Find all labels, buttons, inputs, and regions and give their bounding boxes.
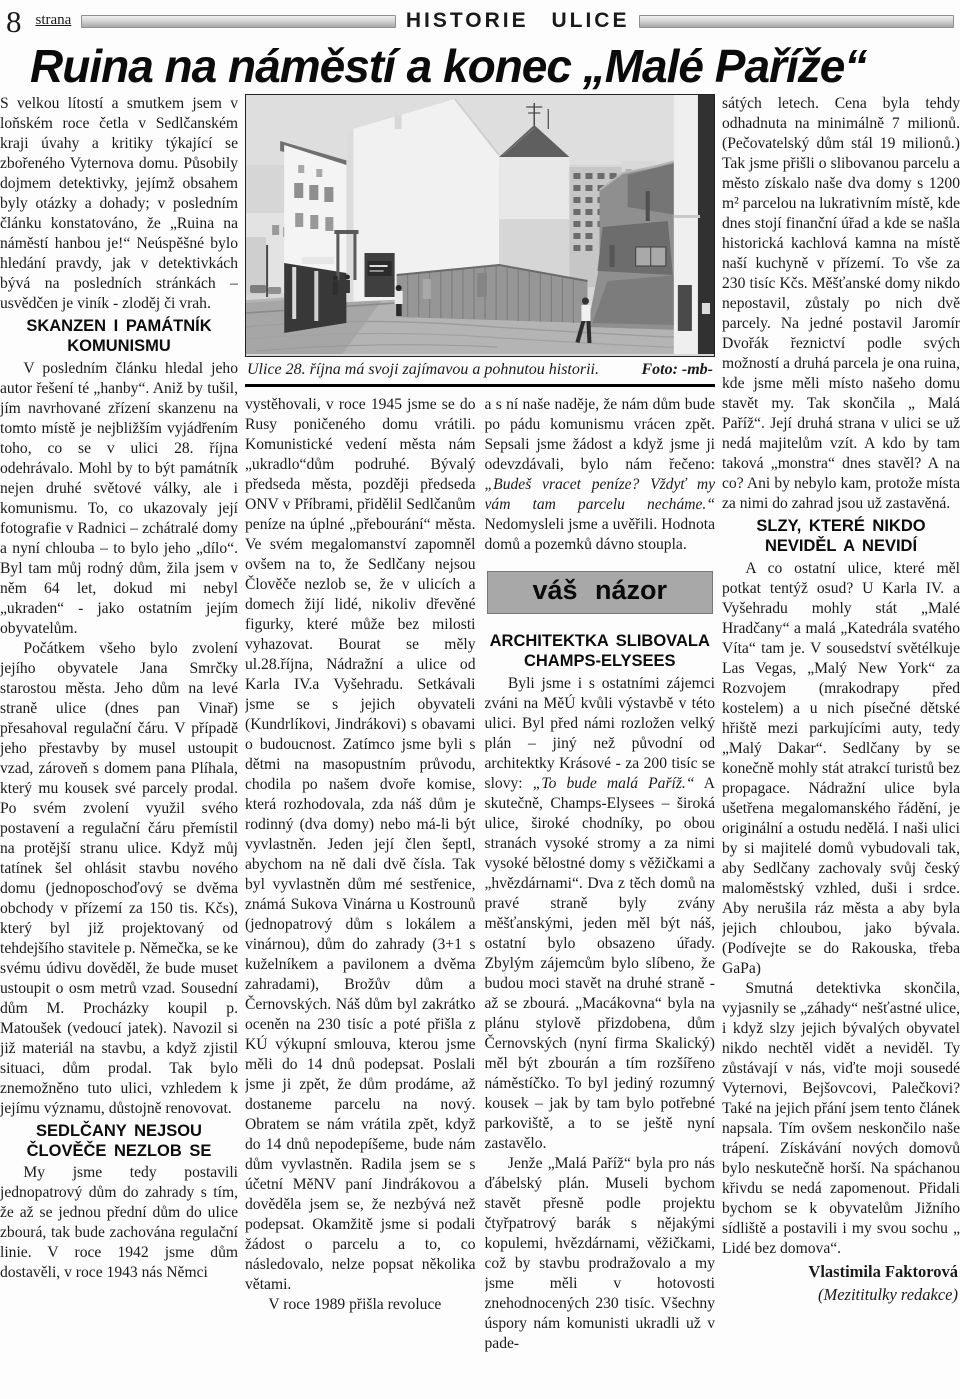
- article-column-4: sátých letech. Cena byla tehdy odhadnuta…: [722, 94, 960, 1394]
- photo-figure: Ulice 28. října má svoji zajímavou a poh…: [245, 94, 715, 382]
- paragraph: a s ní naše naděje, že nám dům bude po p…: [485, 395, 716, 555]
- header-rule-right: [639, 15, 954, 28]
- header-rule-left: [81, 15, 396, 28]
- paragraph: Smutná detektivka skončila, vyjasnily se…: [722, 979, 960, 1259]
- page-header: 8 strana HISTORIE ULICE: [0, 0, 960, 38]
- paragraph: My jsme tedy postavili jednopatrový dům …: [0, 1163, 238, 1283]
- paragraph: A co ostatní ulice, které měl potkat ten…: [722, 559, 960, 979]
- paragraph: vystěhovali, v roce 1945 jsme se do Rusy…: [245, 395, 476, 1295]
- subheading: SEDLČANY NEJSOU ČLOVĚČE NEZLOB SE: [0, 1122, 238, 1162]
- street-photo: [245, 94, 715, 357]
- subheading: SKANZEN I PAMÁTNÍK KOMUNISMU: [0, 317, 238, 357]
- article-body: S velkou lítostí a smutkem jsem v loňské…: [0, 92, 960, 1394]
- newspaper-page: 8 strana HISTORIE ULICE Ruina na náměstí…: [0, 0, 960, 1399]
- byline: (Mezititulky redakce): [722, 1284, 958, 1305]
- paragraph: Počátkem všeho bylo zvolení jejího obyva…: [0, 639, 238, 1119]
- paragraph: V posledním článku hledal jeho autor řeš…: [0, 359, 238, 639]
- article-column-3: a s ní naše naděje, že nám dům bude po p…: [485, 395, 716, 1394]
- article-column-2: vystěhovali, v roce 1945 jsme se do Rusy…: [245, 395, 476, 1394]
- caption-divider-rule: [245, 384, 715, 387]
- photo-credit: Foto: -mb-: [641, 361, 713, 379]
- middle-section: Ulice 28. října má svoji zajímavou a poh…: [245, 94, 715, 1394]
- paragraph: Jenže „Malá Paříž“ byla pro nás ďábelský…: [485, 1154, 716, 1354]
- paragraph: V roce 1989 přišla revoluce: [245, 1295, 476, 1315]
- page-number: 8: [6, 6, 22, 37]
- subheading: SLZY, KTERÉ NIKDO NEVIDĚL A NEVIDÍ: [722, 517, 960, 557]
- opinion-box: váš názor: [487, 571, 714, 614]
- article-headline: Ruina na náměstí a konec „Malé Paříže“: [0, 38, 960, 92]
- section-title: HISTORIE ULICE: [406, 9, 630, 33]
- street-photo-illustration: [246, 95, 714, 354]
- photo-caption: Ulice 28. října má svoji zajímavou a poh…: [247, 361, 599, 379]
- paragraph: S velkou lítostí a smutkem jsem v loňské…: [0, 94, 238, 314]
- paragraph: Byli jsme i s ostatními zájemci zváni na…: [485, 674, 716, 1154]
- article-column-1: S velkou lítostí a smutkem jsem v loňské…: [0, 94, 238, 1394]
- subheading: ARCHITEKTKA SLIBOVALA CHAMPS-ELYSEES: [485, 632, 716, 672]
- photo-caption-row: Ulice 28. října má svoji zajímavou a poh…: [245, 357, 715, 382]
- page-label: strana: [36, 12, 72, 31]
- right-building: [674, 95, 714, 354]
- middle-columns: vystěhovali, v roce 1945 jsme se do Rusy…: [245, 395, 715, 1394]
- byline: Vlastimila Faktorová: [722, 1261, 958, 1282]
- paragraph: sátých letech. Cena byla tehdy odhadnuta…: [722, 94, 960, 514]
